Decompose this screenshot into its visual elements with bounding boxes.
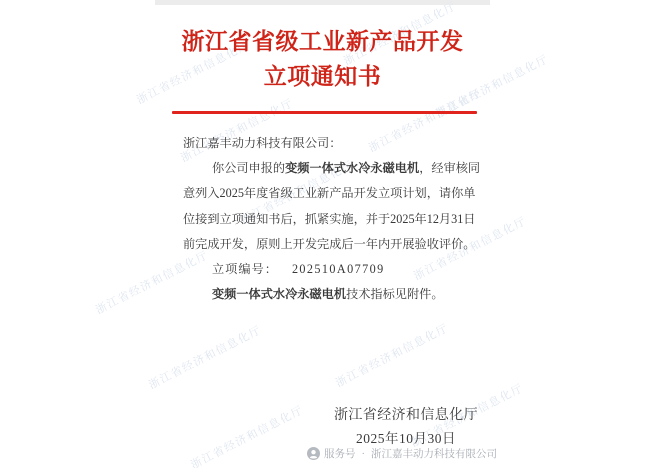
attachment-rest: 技术指标见附件。 [346, 287, 444, 301]
service-account-footer: 服务号 · 浙江嘉丰动力科技有限公司 [307, 445, 497, 461]
watermark: 浙江省经济和信息化厅 [146, 321, 265, 392]
paragraph-line-2: 意列入2025年度省级工业新产品开发立项计划，请你单 [183, 181, 483, 206]
title-line-1: 浙江省省级工业新产品开发 [155, 24, 490, 59]
salutation: 浙江嘉丰动力科技有限公司： [183, 131, 483, 156]
title-line-2: 立项通知书 [155, 59, 490, 94]
watermark: 浙江省经济和信息化厅 [188, 401, 307, 468]
photo-top-edge [155, 0, 490, 5]
product-name: 变频一体式水冷永磁电机 [285, 161, 419, 175]
paragraph-line-1: 你公司申报的变频一体式水冷永磁电机，经审核同 [183, 156, 483, 181]
project-number-value: 202510A07709 [278, 262, 385, 276]
signature-block: 浙江省经济和信息化厅 2025年10月30日 [321, 404, 491, 450]
watermark: 浙江省经济和信息化厅 [333, 319, 452, 390]
title-divider-rule [172, 111, 477, 114]
signature-organization: 浙江省经济和信息化厅 [321, 404, 491, 427]
document-body: 浙江嘉丰动力科技有限公司： 你公司申报的变频一体式水冷永磁电机，经审核同 意列入… [183, 131, 483, 307]
footer-separator: · [360, 447, 368, 459]
paragraph-line-4: 前完成开发，原则上开发完成后一年内开展验收评价。 [183, 232, 483, 257]
attachment-line: 变频一体式水冷永磁电机技术指标见附件。 [183, 282, 483, 307]
footer-company: 浙江嘉丰动力科技有限公司 [371, 446, 497, 461]
footer-source-label: 服务号 [324, 446, 356, 461]
document-page: 浙江省经济和信息化厅浙江省经济和信息化厅浙江省经济和信息化厅浙江省经济和信息化厅… [0, 0, 650, 468]
paragraph-line-3: 位接到立项通知书后，抓紧实施，并于2025年12月31日 [183, 207, 483, 232]
attachment-product-name: 变频一体式水冷永磁电机 [212, 287, 346, 301]
service-account-icon [307, 447, 320, 460]
document-title: 浙江省省级工业新产品开发 立项通知书 [155, 24, 490, 94]
para-suffix: ，经审核同 [419, 161, 480, 175]
project-number-label: 立项编号： [212, 262, 278, 276]
project-number-line: 立项编号：202510A07709 [183, 257, 483, 282]
para-prefix: 你公司申报的 [212, 161, 285, 175]
